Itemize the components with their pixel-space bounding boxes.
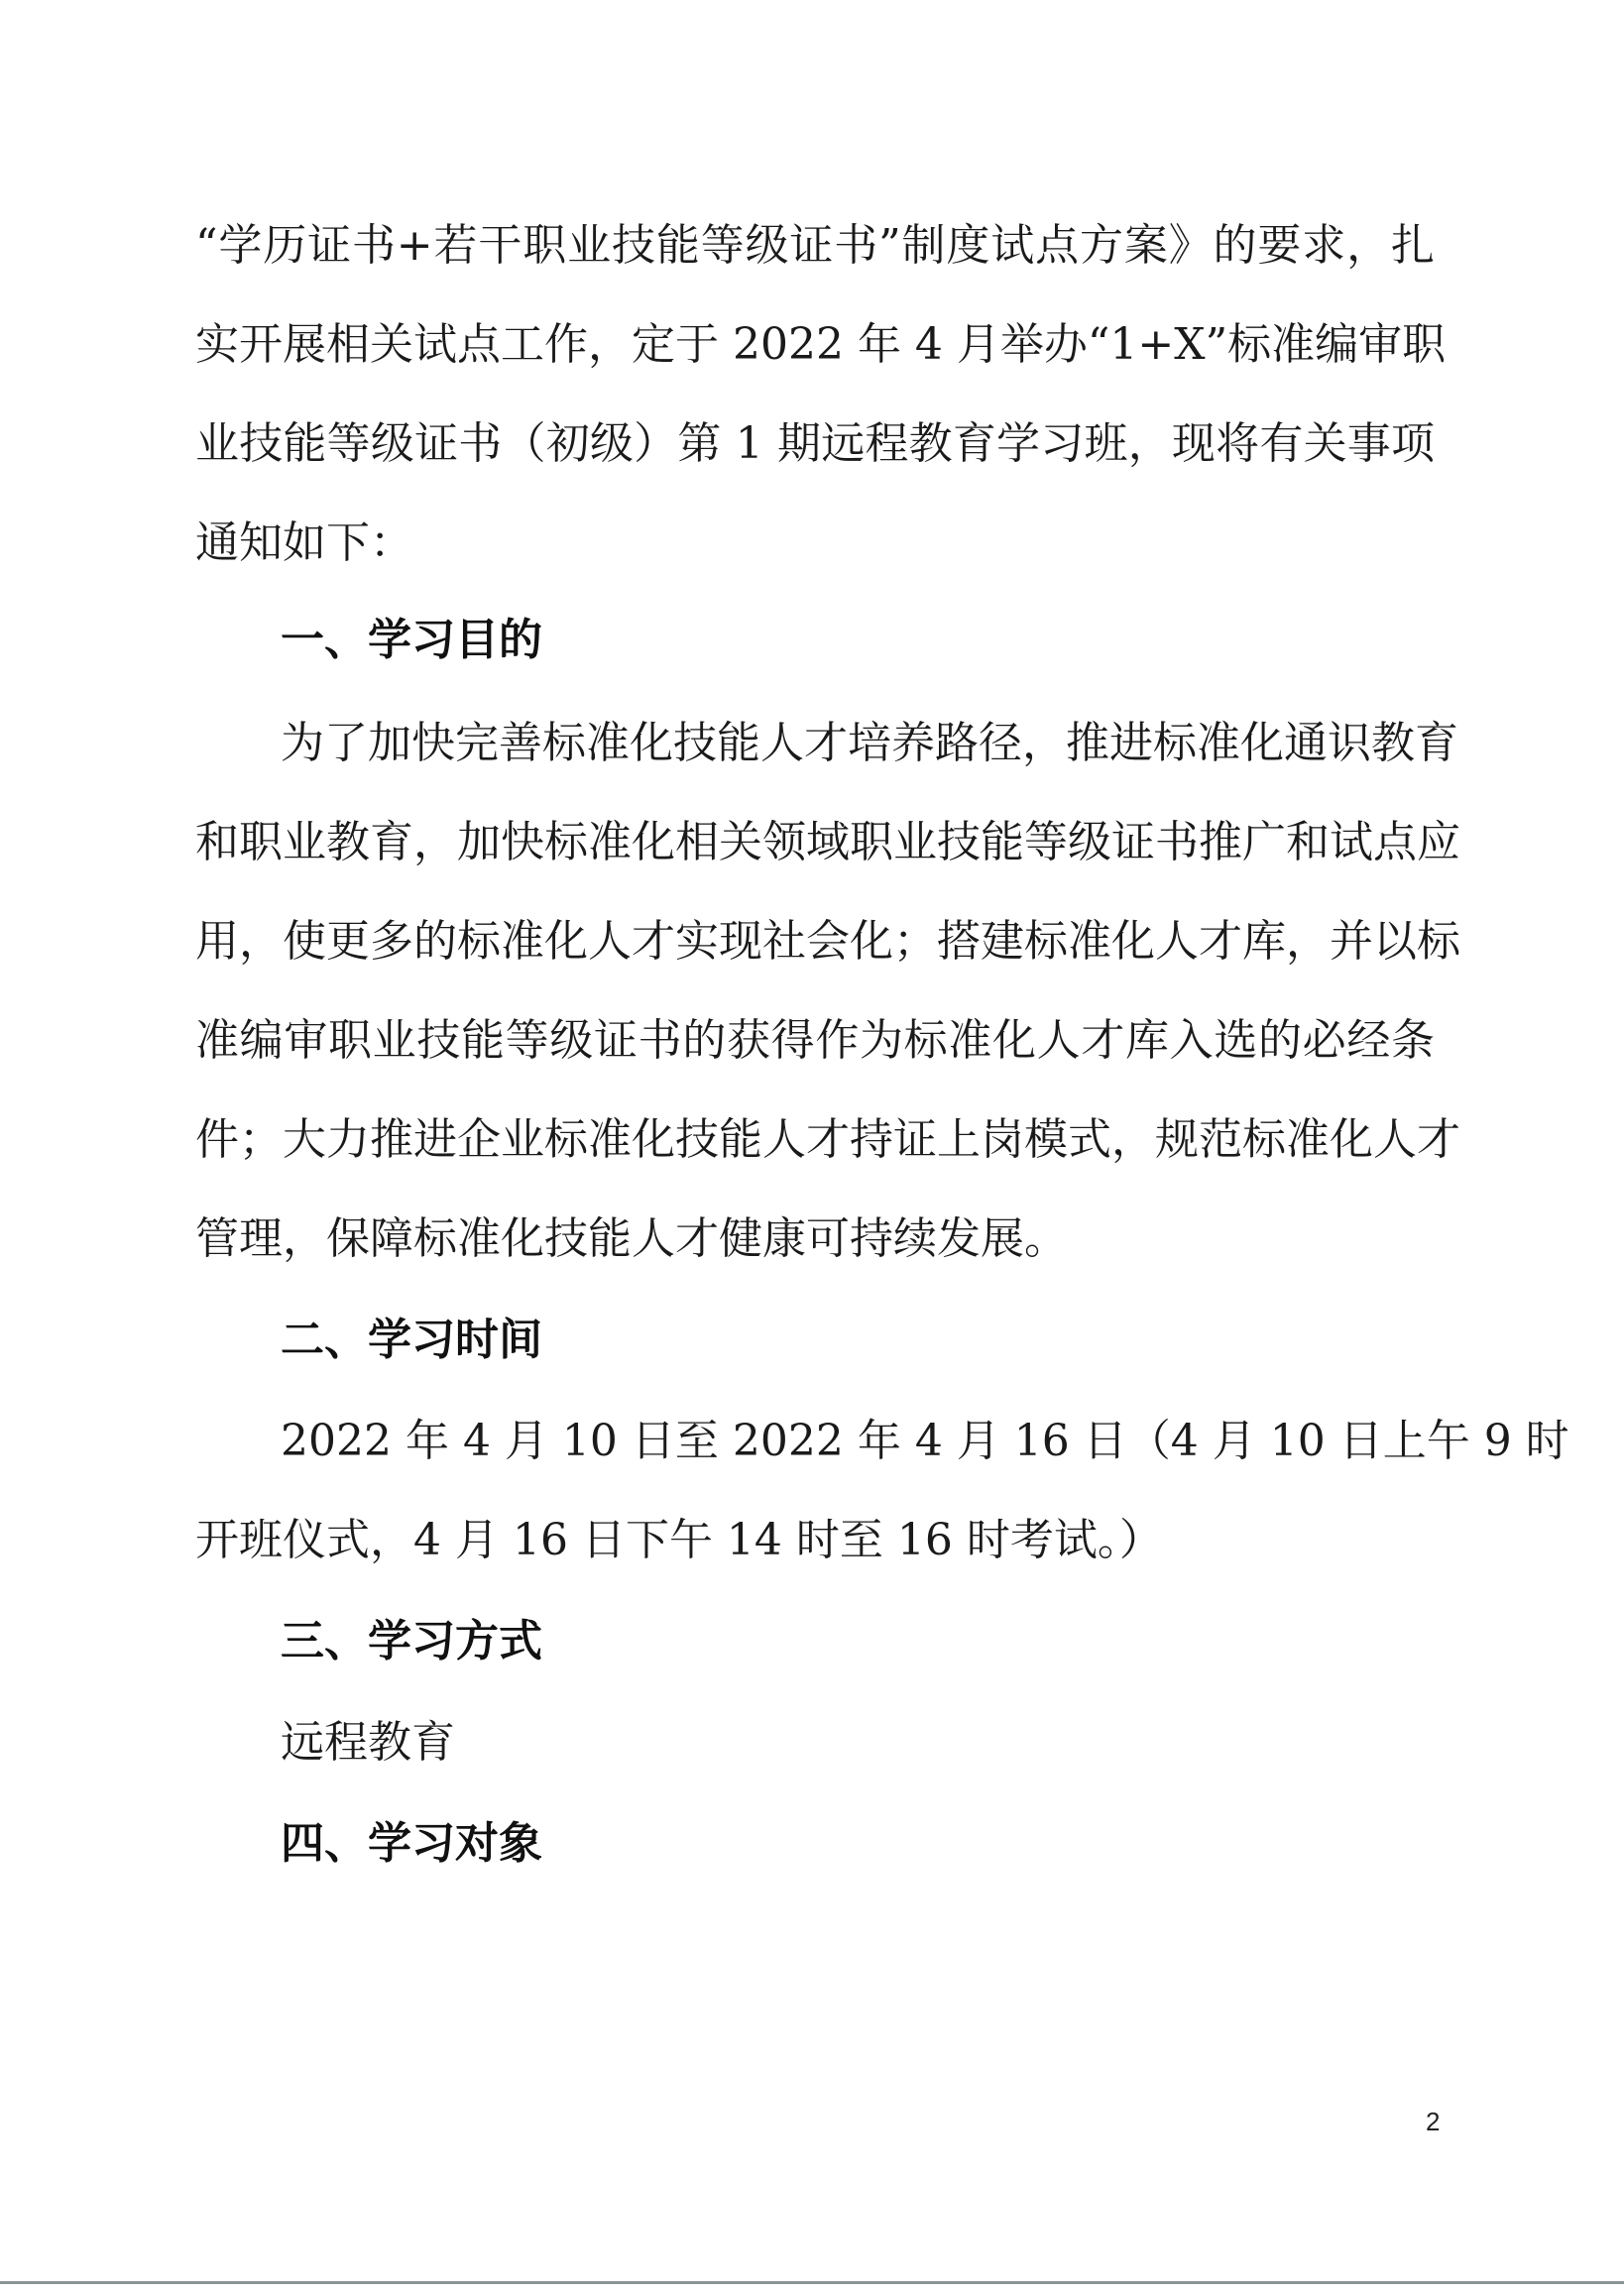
method-line-1: 远程教育 [281,1713,455,1773]
intro-line-4: 通知如下： [195,514,413,573]
intro-line-3: 业技能等级证书（初级）第 1 期远程教育学习班，现将有关事项 [195,414,1435,474]
time-line-2: 开班仪式，4 月 16 日下午 14 时至 16 时考试。） [195,1511,1163,1570]
purpose-line-1: 为了加快完善标准化技能人才培养路径，推进标准化通识教育 [281,714,1435,773]
bottom-scan-edge [0,2281,1624,2284]
purpose-line-2: 和职业教育，加快标准化相关领域职业技能等级证书推广和试点应 [195,813,1435,872]
purpose-line-3: 用，使更多的标准化人才实现社会化；搭建标准化人才库，并以标 [195,912,1435,972]
purpose-line-5: 件；大力推进企业标准化技能人才持证上岗模式，规范标准化人才 [195,1110,1435,1170]
document-page: “学历证书+若干职业技能等级证书”制度试点方案》的要求，扎 实开展相关试点工作，… [0,0,1624,2296]
intro-line-1: “学历证书+若干职业技能等级证书”制度试点方案》的要求，扎 [195,216,1435,276]
section-heading-method: 三、学习方式 [281,1612,542,1671]
section-heading-time: 二、学习时间 [281,1311,542,1370]
purpose-line-6: 管理，保障标准化技能人才健康可持续发展。 [195,1209,1068,1269]
time-line-1: 2022 年 4 月 10 日至 2022 年 4 月 16 日（4 月 10 … [281,1412,1435,1471]
purpose-line-4: 准编审职业技能等级证书的获得作为标准化人才库入选的必经条 [195,1011,1435,1071]
section-heading-purpose: 一、学习目的 [281,611,542,670]
page-number: 2 [1426,2107,1440,2137]
intro-line-2: 实开展相关试点工作，定于 2022 年 4 月举办“1+X”标准编审职 [195,315,1435,375]
section-heading-audience: 四、学习对象 [281,1814,542,1874]
